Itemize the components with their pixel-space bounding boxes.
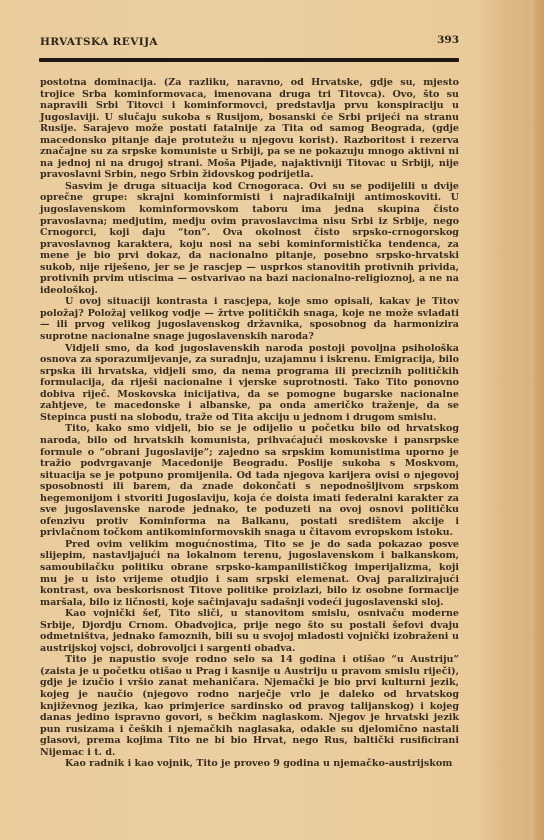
header-rule bbox=[39, 58, 459, 62]
paragraph: Sasvim je druga situacija kod Crnogoraca… bbox=[40, 181, 459, 296]
page-number: 393 bbox=[437, 34, 459, 46]
paragraph: U ovoj situaciji kontrasta i rascjepa, k… bbox=[40, 296, 459, 342]
journal-title: HRVATSKA REVIJA bbox=[40, 36, 158, 48]
document-page: HRVATSKA REVIJA 393 postotna dominacija.… bbox=[0, 0, 544, 840]
article-body: postotna dominacija. (Za razliku, naravn… bbox=[40, 77, 459, 770]
paragraph: Kao radnik i kao vojnik, Tito je proveo … bbox=[40, 758, 459, 770]
paragraph: Tito, kako smo vidjeli, bio se je odijel… bbox=[40, 423, 459, 538]
paragraph: Pred ovim velikim mogućnostima, Tito se … bbox=[40, 539, 459, 608]
page-edge-shadow bbox=[534, 0, 544, 840]
paragraph: postotna dominacija. (Za razliku, naravn… bbox=[40, 77, 459, 181]
running-header: HRVATSKA REVIJA 393 bbox=[38, 36, 459, 52]
paragraph: Tito je napustio svoje rodno selo sa 14 … bbox=[40, 654, 459, 758]
paragraph: Kao vojnički šef, Tito sliči, u stanovit… bbox=[40, 608, 459, 654]
paragraph: Vidjeli smo, da kod jugoslavenskih narod… bbox=[40, 343, 459, 424]
